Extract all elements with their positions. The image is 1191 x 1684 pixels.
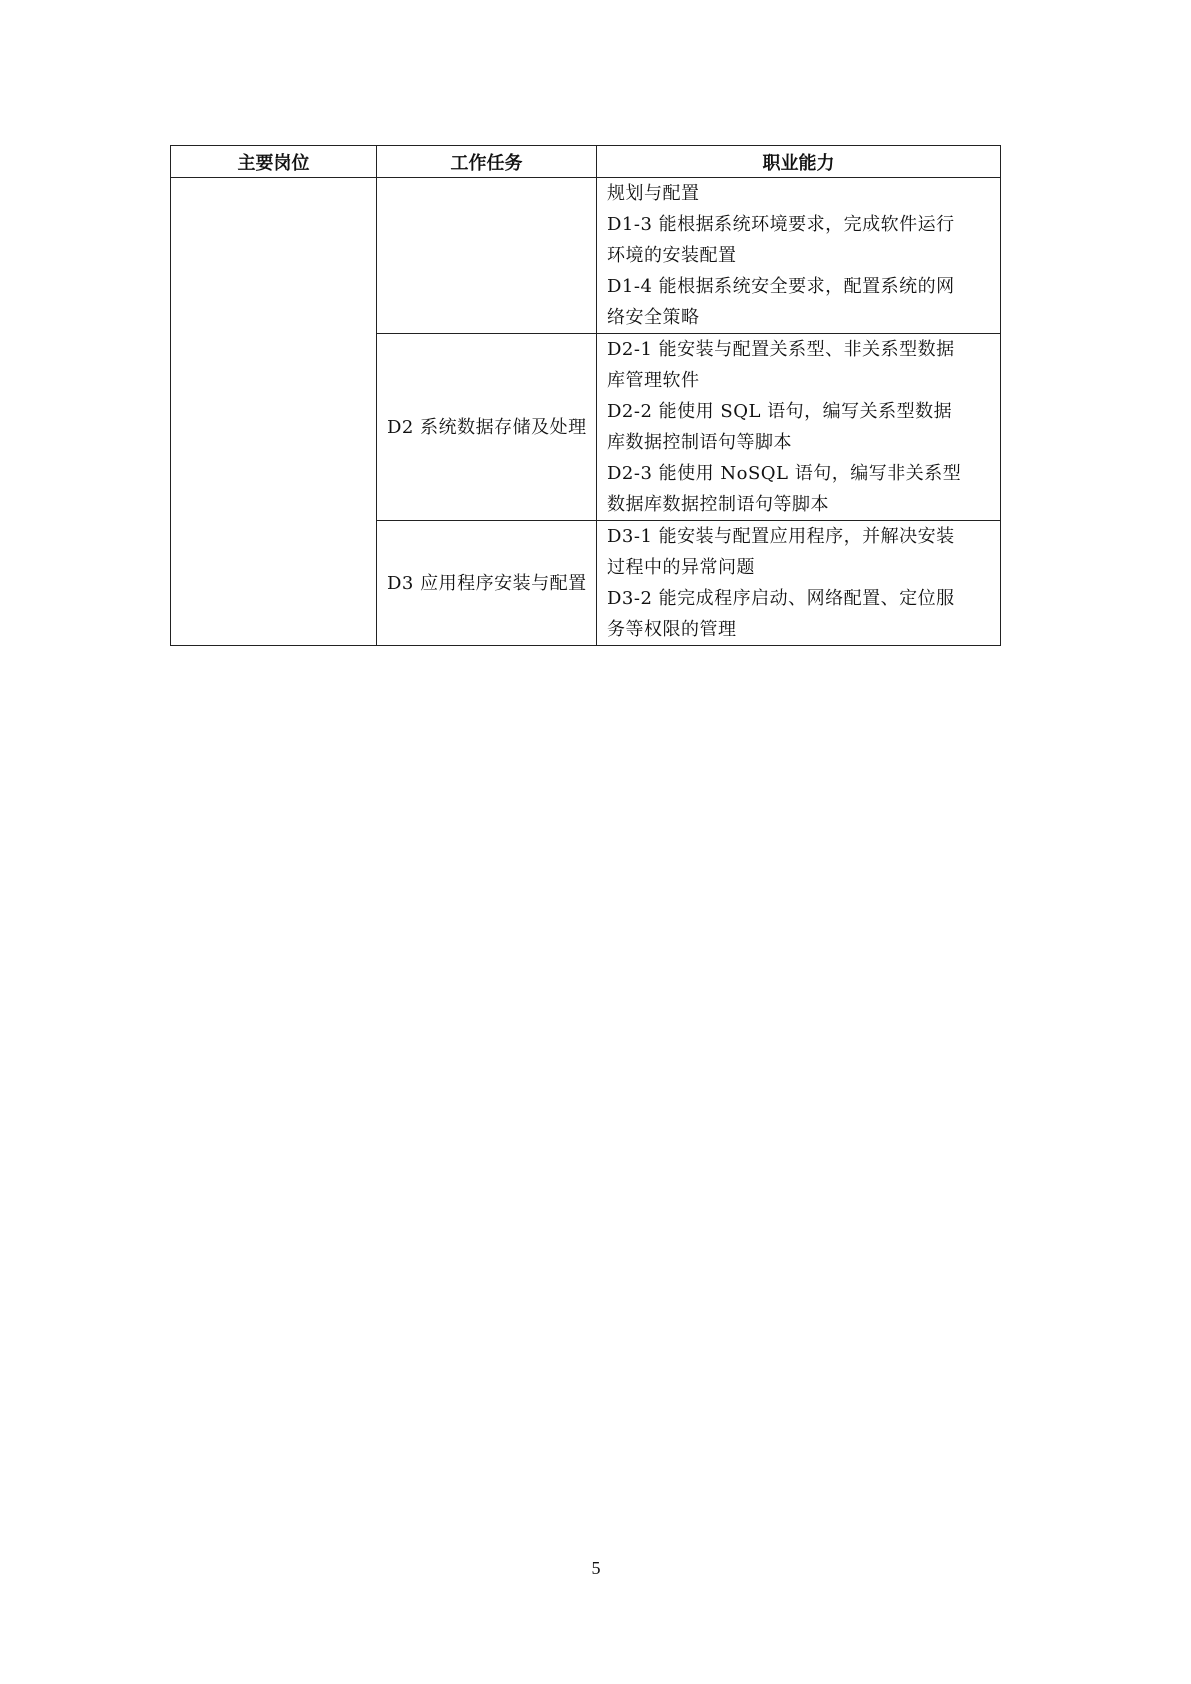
ability-line: 规划与配置 <box>607 178 992 209</box>
ability-line: D2-3 能使用 NoSQL 语句，编写非关系型 <box>607 458 992 489</box>
task-text: D2 系统数据存储及处理 <box>387 412 588 443</box>
competency-table: 主要岗位 工作任务 职业能力 规划与配置 D1-3 能根据系统环境要求，完成软件… <box>170 145 1001 646</box>
page-number: 5 <box>588 1558 604 1579</box>
ability-line: 库数据控制语句等脚本 <box>607 427 992 458</box>
ability-line: D2-1 能安装与配置关系型、非关系型数据 <box>607 334 992 365</box>
ability-line: D3-1 能安装与配置应用程序，并解决安装 <box>607 521 992 552</box>
ability-line: 库管理软件 <box>607 365 992 396</box>
task-cell: D3 应用程序安装与配置 <box>377 521 597 646</box>
ability-line: D2-2 能使用 SQL 语句，编写关系型数据 <box>607 396 992 427</box>
ability-line: D1-4 能根据系统安全要求，配置系统的网 <box>607 271 992 302</box>
header-work-task: 工作任务 <box>377 146 597 178</box>
task-cell <box>377 178 597 334</box>
ability-cell: 规划与配置 D1-3 能根据系统环境要求，完成软件运行 环境的安装配置 D1-4… <box>597 178 1001 334</box>
header-main-position: 主要岗位 <box>171 146 377 178</box>
ability-cell: D2-1 能安装与配置关系型、非关系型数据 库管理软件 D2-2 能使用 SQL… <box>597 334 1001 521</box>
task-cell: D2 系统数据存储及处理 <box>377 334 597 521</box>
header-professional-ability: 职业能力 <box>597 146 1001 178</box>
ability-line: D3-2 能完成程序启动、网络配置、定位服 <box>607 583 992 614</box>
ability-line: 务等权限的管理 <box>607 614 992 645</box>
ability-line: 络安全策略 <box>607 302 992 333</box>
ability-line: 数据库数据控制语句等脚本 <box>607 489 992 520</box>
ability-cell: D3-1 能安装与配置应用程序，并解决安装 过程中的异常问题 D3-2 能完成程… <box>597 521 1001 646</box>
document-page: 主要岗位 工作任务 职业能力 规划与配置 D1-3 能根据系统环境要求，完成软件… <box>0 0 1191 1684</box>
table-header-row: 主要岗位 工作任务 职业能力 <box>171 146 1001 178</box>
task-text: D3 应用程序安装与配置 <box>387 568 588 599</box>
ability-line: D1-3 能根据系统环境要求，完成软件运行 <box>607 209 992 240</box>
position-cell <box>171 178 377 646</box>
ability-line: 过程中的异常问题 <box>607 552 992 583</box>
ability-line: 环境的安装配置 <box>607 240 992 271</box>
table-row: 规划与配置 D1-3 能根据系统环境要求，完成软件运行 环境的安装配置 D1-4… <box>171 178 1001 334</box>
